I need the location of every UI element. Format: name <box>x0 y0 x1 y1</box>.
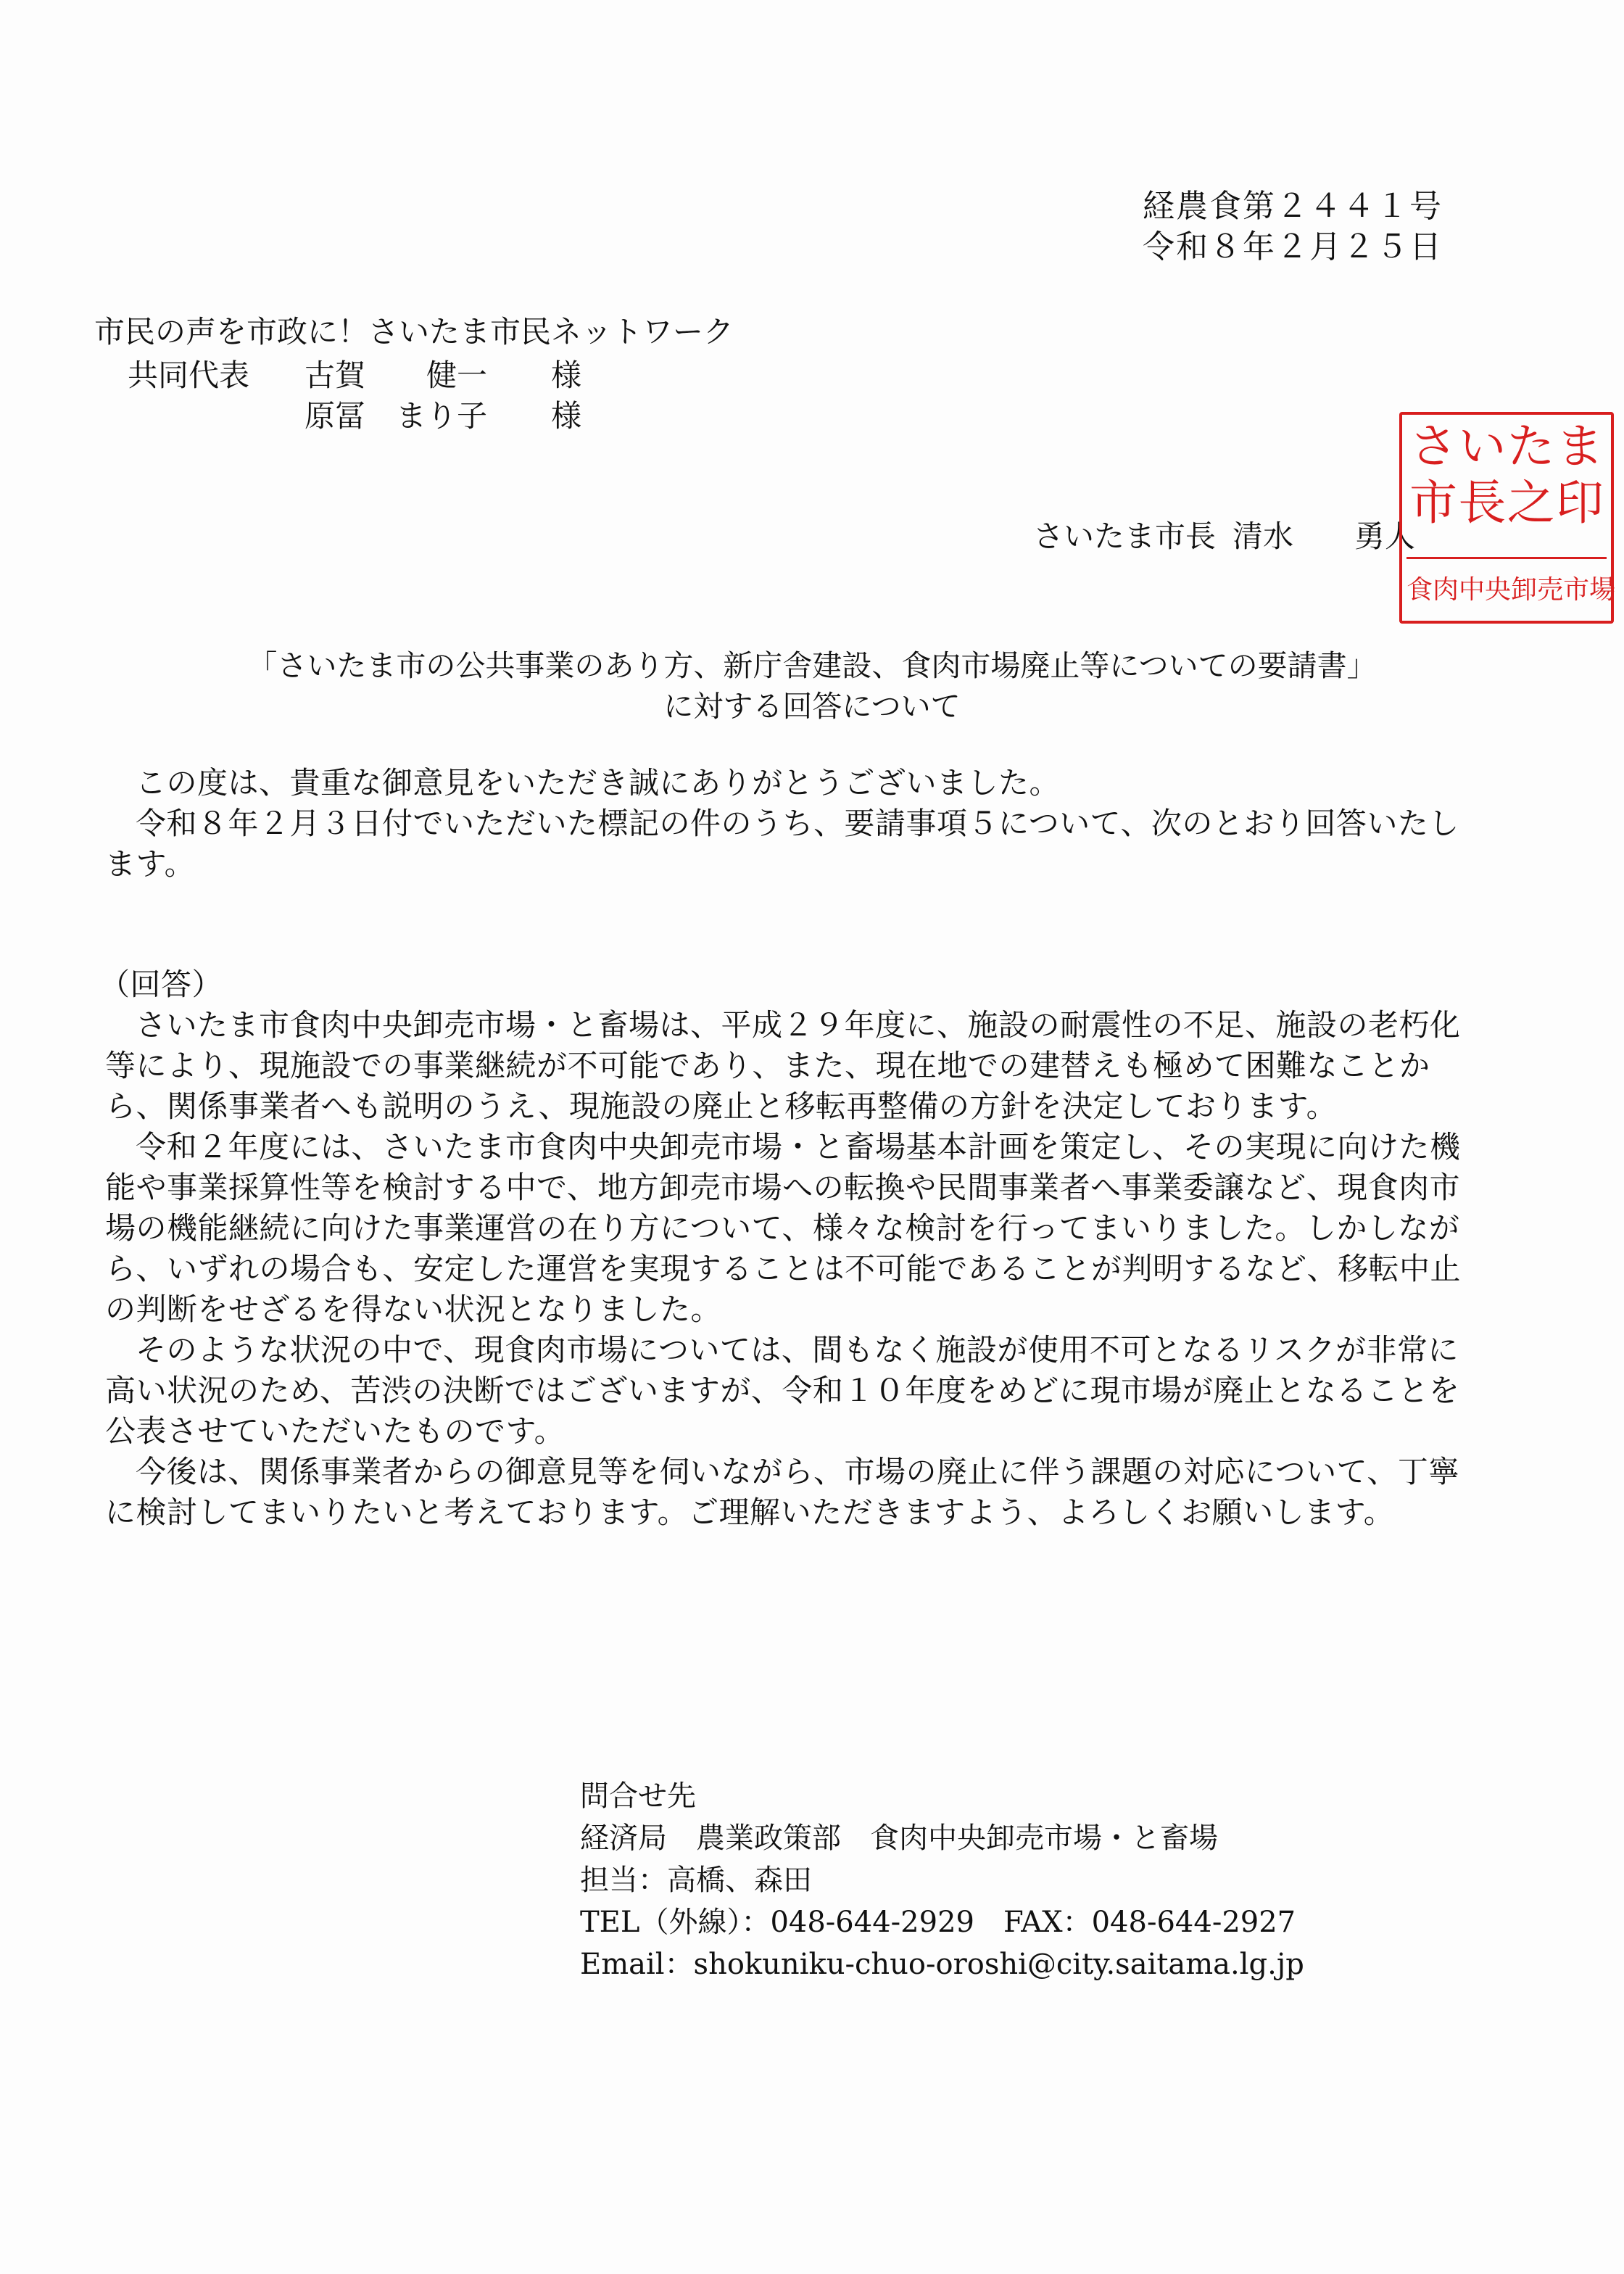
official-seal-icon: さ い た ま 市 長 之 印 食 肉 中 央 卸 売 市 場 <box>1399 412 1614 624</box>
answer-paragraph-1: さいたま市食肉中央卸売市場・と畜場は、平成２９年度に、施設の耐震性の不足、施設の… <box>105 1005 1475 1127</box>
answer-heading: （回答） <box>99 964 1475 1005</box>
subject-line-1: 「さいたま市の公共事業のあり方、新庁舎建設、食肉市場廃止等についての要請書」 <box>0 645 1624 686</box>
seal-glyph: 長 <box>1458 477 1506 529</box>
seal-bottom-row: 食 肉 中 央 卸 売 市 場 <box>1406 563 1607 618</box>
intro-paragraph-1: この度は、貴重な御意見をいただき誠にありがとうございました。 <box>105 763 1475 803</box>
seal-glyph: た <box>1507 421 1555 473</box>
seal-glyph: 中 <box>1459 563 1485 618</box>
sender-name: 清水 勇人 <box>1232 516 1415 557</box>
sender-title: さいたま市長 <box>1033 516 1216 557</box>
seal-glyph: い <box>1458 421 1506 473</box>
addressee-honorific-1: 様 <box>551 355 581 396</box>
answer-paragraph-3: そのような状況の中で、現食肉市場については、間もなく施設が使用不可となるリスクが… <box>105 1330 1475 1452</box>
seal-glyph: 売 <box>1537 563 1563 618</box>
seal-glyph: 肉 <box>1433 563 1459 618</box>
seal-glyph: 食 <box>1406 563 1433 618</box>
addressee-name-2: 原冨 まり子 <box>304 396 487 437</box>
seal-glyph: 市 <box>1563 563 1589 618</box>
contact-staff: 担当：高橋、森田 <box>580 1859 1304 1901</box>
addressee-role: 共同代表 <box>128 355 249 396</box>
intro-paragraph-2: 令和８年２月３日付でいただいた標記の件のうち、要請事項５について、次のとおり回答… <box>105 803 1475 885</box>
seal-glyph: 印 <box>1556 477 1604 529</box>
subject-line-2: に対する回答について <box>0 686 1624 727</box>
seal-glyph: 央 <box>1485 563 1511 618</box>
addressee-honorific-2: 様 <box>551 396 581 437</box>
seal-glyph: 卸 <box>1511 563 1537 618</box>
seal-glyph: ま <box>1556 421 1604 473</box>
seal-glyph: 市 <box>1409 477 1457 529</box>
contact-heading: 問合せ先 <box>580 1775 1304 1817</box>
answer-section: （回答） さいたま市食肉中央卸売市場・と畜場は、平成２９年度に、施設の耐震性の不… <box>105 964 1475 1533</box>
seal-glyph: さ <box>1409 421 1457 473</box>
contact-email: Email：shokuniku-chuo-oroshi@city.saitama… <box>580 1943 1304 1985</box>
answer-paragraph-2: 令和２年度には、さいたま市食肉中央卸売市場・と畜場基本計画を策定し、その実現に向… <box>105 1127 1475 1330</box>
contact-phone-fax: TEL（外線）：048-644-2929 FAX：048-644-2927 <box>580 1901 1304 1943</box>
contact-block: 問合せ先 経済局 農業政策部 食肉中央卸売市場・と畜場 担当：高橋、森田 TEL… <box>580 1775 1304 1985</box>
seal-middle-row: 市 長 之 印 <box>1409 477 1604 529</box>
seal-glyph: 之 <box>1507 477 1555 529</box>
letter-page: 経農食第２４４１号 令和８年２月２５日 市民の声を市政に！さいたま市民ネットワー… <box>0 0 1624 2274</box>
document-date: 令和８年２月２５日 <box>1143 228 1443 267</box>
seal-divider <box>1406 557 1607 559</box>
intro-section: この度は、貴重な御意見をいただき誠にありがとうございました。 令和８年２月３日付… <box>105 763 1475 885</box>
addressee-name-1: 古賀 健一 <box>304 355 487 396</box>
seal-top-row: さ い た ま <box>1409 421 1604 473</box>
addressee-organization: 市民の声を市政に！さいたま市民ネットワーク <box>94 312 734 352</box>
answer-paragraph-4: 今後は、関係事業者からの御意見等を伺いながら、市場の廃止に伴う課題の対応について… <box>105 1452 1475 1533</box>
seal-glyph: 場 <box>1589 563 1615 618</box>
contact-department: 経済局 農業政策部 食肉中央卸売市場・と畜場 <box>580 1817 1304 1859</box>
reference-number: 経農食第２４４１号 <box>1143 187 1443 226</box>
